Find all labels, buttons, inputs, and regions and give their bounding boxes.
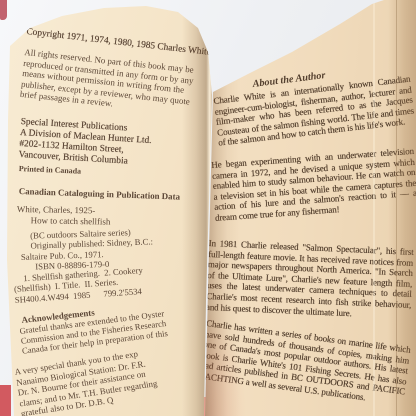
page-stack-edge xyxy=(388,0,416,416)
cataloguing-heading: Canadian Cataloguing in Publication Data xyxy=(19,186,181,202)
right-page-fold-shadow xyxy=(204,0,240,416)
page-stack-edge-line xyxy=(396,0,397,416)
catalog-author-title: White, Charles, 1925- How to catch shell… xyxy=(17,204,111,227)
author-paragraph-2: He began experimenting with an underwate… xyxy=(211,146,416,224)
special-thanks-text: A very special thank you to the exp Nana… xyxy=(14,346,159,416)
rights-statement: All rights reserved. No part of this boo… xyxy=(19,47,195,118)
text-line: Printed in Canada xyxy=(19,164,82,176)
text-line: How to catch shellfish xyxy=(17,215,111,227)
text-line: Canadian Cataloguing in Publication Data xyxy=(19,186,181,202)
book-cover-corner-top-left xyxy=(0,0,7,20)
publisher-address: Special Interest Publications A Division… xyxy=(18,117,152,169)
book-photo: Copyright 1971, 1974, 1980, 1985 Charles… xyxy=(0,0,416,416)
printed-in-canada-line: Printed in Canada xyxy=(19,164,82,176)
page-crease xyxy=(373,0,375,416)
book-cover-corner-bottom-left xyxy=(0,385,11,416)
author-paragraph-1: Charlie White is an internationally know… xyxy=(213,74,416,149)
